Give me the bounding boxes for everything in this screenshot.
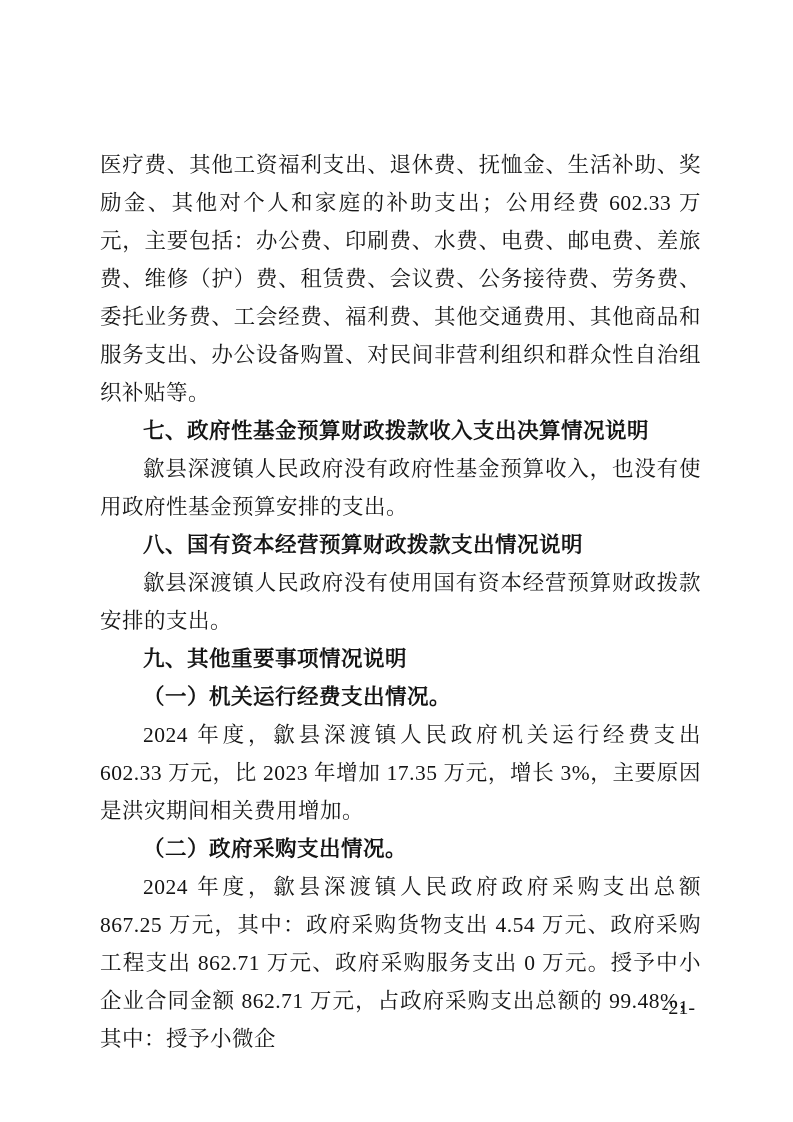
paragraph-gov-procurement: 2024 年度，歙县深渡镇人民政府政府采购支出总额 867.25 万元，其中：政…: [100, 868, 701, 1058]
document-page: 医疗费、其他工资福利支出、退休费、抚恤金、生活补助、奖励金、其他对个人和家庭的补…: [0, 0, 793, 1122]
section-heading-other-important-matters: 九、其他重要事项情况说明: [100, 640, 701, 678]
page-number: -21-: [662, 996, 695, 1020]
paragraph-state-capital-budget: 歙县深渡镇人民政府没有使用国有资本经营预算财政拨款安排的支出。: [100, 564, 701, 640]
paragraph-operating-expense: 2024 年度，歙县深渡镇人民政府机关运行经费支出 602.33 万元，比 20…: [100, 716, 701, 830]
section-heading-state-capital-budget: 八、国有资本经营预算财政拨款支出情况说明: [100, 526, 701, 564]
continued-paragraph-expense-detail: 医疗费、其他工资福利支出、退休费、抚恤金、生活补助、奖励金、其他对个人和家庭的补…: [100, 146, 701, 412]
subsection-heading-gov-procurement: （二）政府采购支出情况。: [100, 830, 701, 868]
subsection-heading-operating-expense: （一）机关运行经费支出情况。: [100, 678, 701, 716]
section-heading-gov-fund-budget: 七、政府性基金预算财政拨款收入支出决算情况说明: [100, 412, 701, 450]
paragraph-gov-fund-budget: 歙县深渡镇人民政府没有政府性基金预算收入，也没有使用政府性基金预算安排的支出。: [100, 450, 701, 526]
